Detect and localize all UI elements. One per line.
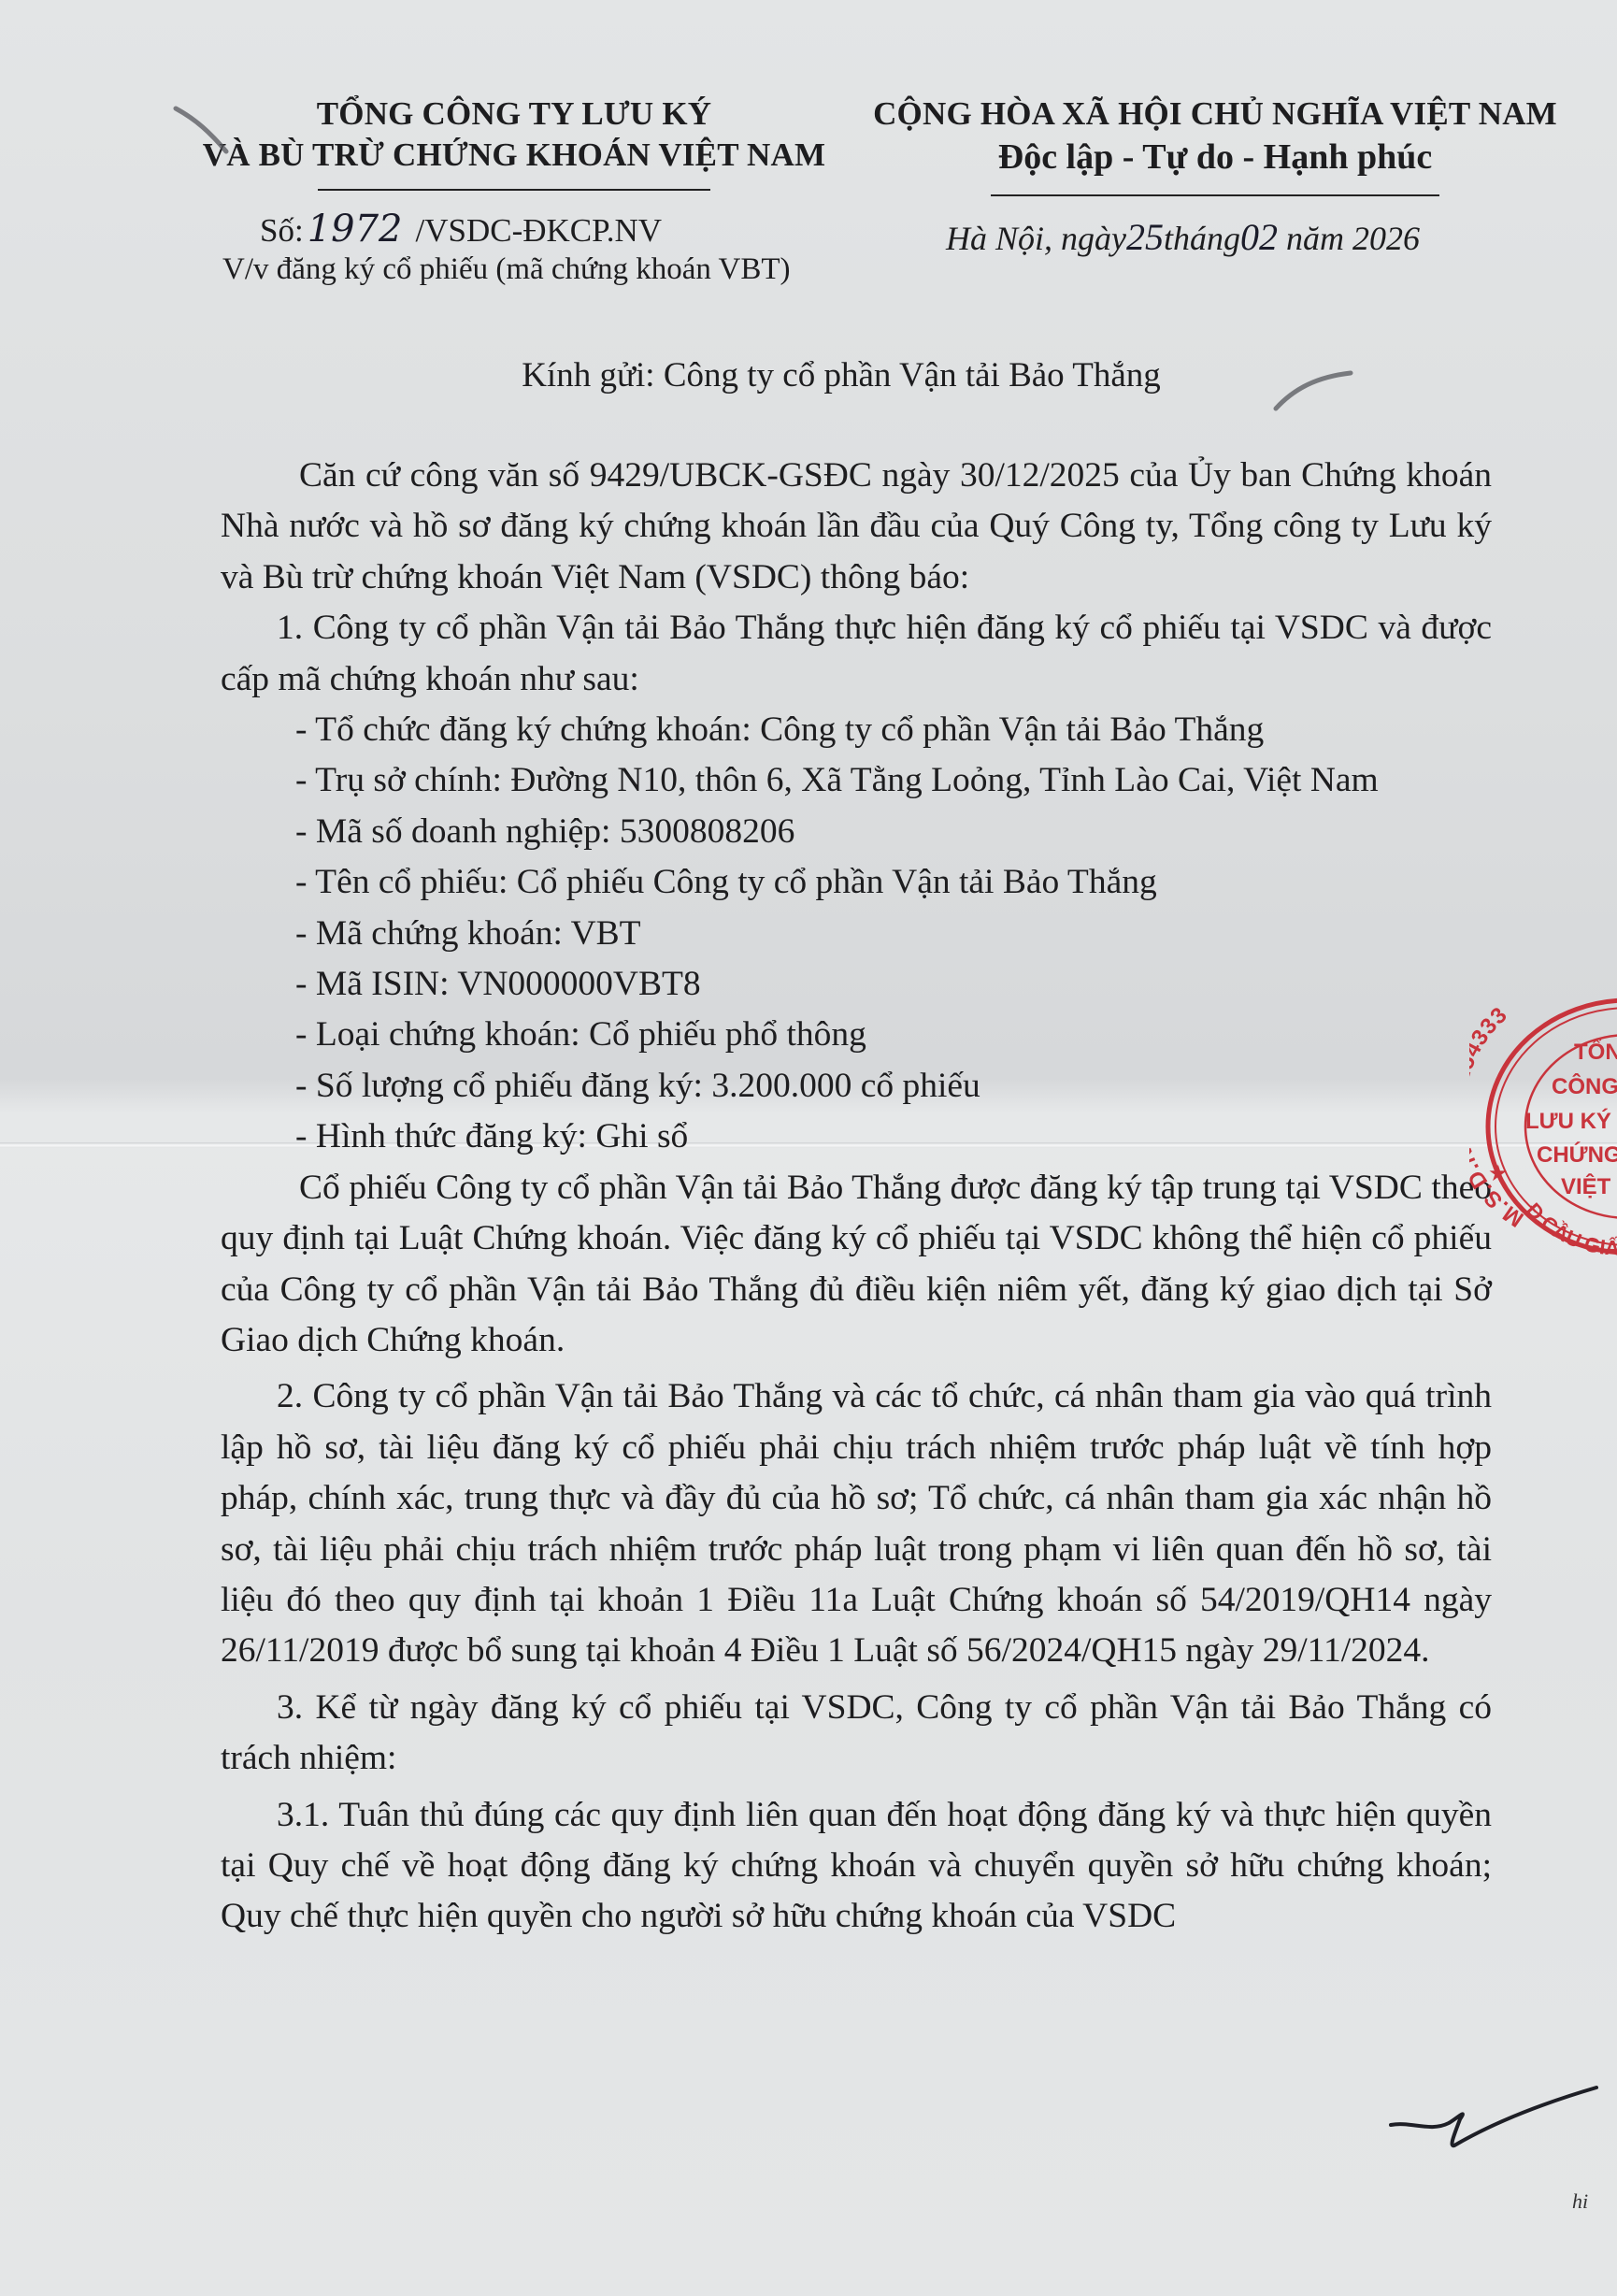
stamp-inner-line: VIỆT <box>1561 1173 1611 1199</box>
national-motto: Độc lập - Tự do - Hạnh phúc <box>851 135 1580 179</box>
registration-detail-item: - Hình thức đăng ký: Ghi sổ <box>221 1112 1492 1162</box>
document-date: Hà Nội, ngày25tháng02 năm 2026 <box>946 215 1420 259</box>
detail-value: Đường N10, thôn 6, Xã Tằng Loỏng, Tỉnh L… <box>510 761 1378 799</box>
registration-detail-item: - Tổ chức đăng ký chứng khoán: Công ty c… <box>221 705 1492 755</box>
pen-check-mark <box>1266 369 1360 416</box>
issuer-name-line1: TỔNG CÔNG TY LƯU KÝ <box>196 93 832 135</box>
registration-detail-item: - Mã chứng khoán: VBT <box>221 909 1492 959</box>
detail-label: - Mã chứng khoán: <box>295 914 571 953</box>
document-number-suffix: /VSDC-ĐKCP.NV <box>416 212 663 249</box>
page-initial-mark: hi <box>1572 2189 1588 2214</box>
registration-detail-item: - Trụ sở chính: Đường N10, thôn 6, Xã Tằ… <box>221 755 1492 806</box>
document-number: Số:1972/VSDC-ĐKCP.NV <box>260 208 662 251</box>
stamp-inner-line: CÔNG TY <box>1552 1073 1617 1099</box>
pen-stroke-mark <box>168 103 243 159</box>
detail-value: Ghi sổ <box>595 1117 688 1155</box>
national-header: CỘNG HÒA XÃ HỘI CHỦ NGHĨA VIỆT NAM Độc l… <box>851 93 1580 196</box>
detail-label: - Tên cổ phiếu: <box>295 863 517 901</box>
detail-label: - Hình thức đăng ký: <box>295 1117 595 1155</box>
official-seal-stamp: M.S.D.N:0104154333 ★ TỔNGCÔNG TYLƯU KÝ V… <box>1469 986 1617 1257</box>
registration-detail-item: - Mã số doanh nghiệp: 5300808206 <box>221 807 1492 857</box>
svg-text:M.S.D.N:0104154333: M.S.D.N:0104154333 <box>1469 1002 1528 1232</box>
registration-detail-item: - Mã ISIN: VN000000VBT8 <box>221 959 1492 1010</box>
detail-label: - Mã số doanh nghiệp: <box>295 812 620 851</box>
stamp-inner-line: LƯU KÝ VÀ <box>1525 1108 1617 1134</box>
preamble-paragraph: Căn cứ công văn số 9429/UBCK-GSĐC ngày 3… <box>221 451 1492 603</box>
detail-value: Công ty cổ phần Vận tải Bảo Thắng <box>760 710 1264 749</box>
detail-label: - Trụ sở chính: <box>295 761 510 799</box>
detail-label: - Tổ chức đăng ký chứng khoán: <box>295 710 760 749</box>
item-2-paragraph: 2. Công ty cổ phần Vận tải Bảo Thắng và … <box>221 1371 1492 1676</box>
date-place-prefix: Hà Nội, ngày <box>946 220 1126 257</box>
detail-value: VN000000VBT8 <box>457 965 700 1003</box>
date-day-handwritten: 25 <box>1126 216 1164 258</box>
registration-details-list: - Tổ chức đăng ký chứng khoán: Công ty c… <box>221 705 1492 1163</box>
document-number-prefix: Số: <box>260 212 304 249</box>
detail-value: VBT <box>571 914 641 953</box>
detail-value: 3.200.000 cổ phiếu <box>711 1067 980 1105</box>
document-page: TỔNG CÔNG TY LƯU KÝ VÀ BÙ TRỪ CHỨNG KHOÁ… <box>0 0 1617 2296</box>
document-subject: V/v đăng ký cổ phiếu (mã chứng khoán VBT… <box>222 252 791 287</box>
detail-value: Cổ phiếu phổ thông <box>589 1015 866 1054</box>
document-number-handwritten: 1972 <box>304 208 416 251</box>
item-1-intro: 1. Công ty cổ phần Vận tải Bảo Thắng thự… <box>221 603 1492 705</box>
document-body: Căn cứ công văn số 9429/UBCK-GSĐC ngày 3… <box>221 451 1492 1943</box>
motto-underline <box>991 194 1439 196</box>
recipient-line: Kính gửi: Công ty cổ phần Vận tải Bảo Th… <box>0 355 1617 395</box>
svg-text:Đ.CẦU GIẤY: Đ.CẦU GIẤY <box>1522 1198 1617 1257</box>
detail-label: - Số lượng cổ phiếu đăng ký: <box>295 1067 711 1105</box>
item-3-1-paragraph: 3.1. Tuân thủ đúng các quy định liên qua… <box>221 1790 1492 1943</box>
item-1-note: Cổ phiếu Công ty cổ phần Vận tải Bảo Thắ… <box>221 1163 1492 1367</box>
date-year: năm 2026 <box>1286 220 1420 257</box>
date-month-handwritten: 02 <box>1240 216 1278 258</box>
country-name: CỘNG HÒA XÃ HỘI CHỦ NGHĨA VIỆT NAM <box>851 93 1580 135</box>
detail-label: - Loại chứng khoán: <box>295 1015 589 1054</box>
issuer-underline <box>318 189 710 191</box>
stamp-ring-text: M.S.D.N:0104154333 <box>1469 1002 1528 1232</box>
item-3-intro: 3. Kể từ ngày đăng ký cổ phiếu tại VSDC,… <box>221 1683 1492 1785</box>
detail-value: Cổ phiếu Công ty cổ phần Vận tải Bảo Thắ… <box>517 863 1157 901</box>
detail-label: - Mã ISIN: <box>295 965 457 1003</box>
stamp-inner-line: TỔNG <box>1574 1039 1617 1065</box>
initial-signature-mark <box>1383 2080 1608 2164</box>
stamp-inner-line: CHỨNG <box>1537 1141 1617 1168</box>
registration-detail-item: - Tên cổ phiếu: Cổ phiếu Công ty cổ phần… <box>221 857 1492 908</box>
registration-detail-item: - Số lượng cổ phiếu đăng ký: 3.200.000 c… <box>221 1061 1492 1112</box>
detail-value: 5300808206 <box>620 812 795 851</box>
registration-detail-item: - Loại chứng khoán: Cổ phiếu phổ thông <box>221 1010 1492 1060</box>
stamp-bottom-text: Đ.CẦU GIẤY <box>1522 1198 1617 1257</box>
stamp-star-icon: ★ <box>1488 1161 1509 1186</box>
issuer-header: TỔNG CÔNG TY LƯU KÝ VÀ BÙ TRỪ CHỨNG KHOÁ… <box>196 93 832 191</box>
stamp-inner-text: TỔNGCÔNG TYLƯU KÝ VÀCHỨNGVIỆT <box>1525 1039 1617 1199</box>
issuer-name-line2: VÀ BÙ TRỪ CHỨNG KHOÁN VIỆT NAM <box>196 135 832 176</box>
date-month-label: tháng <box>1164 220 1240 257</box>
